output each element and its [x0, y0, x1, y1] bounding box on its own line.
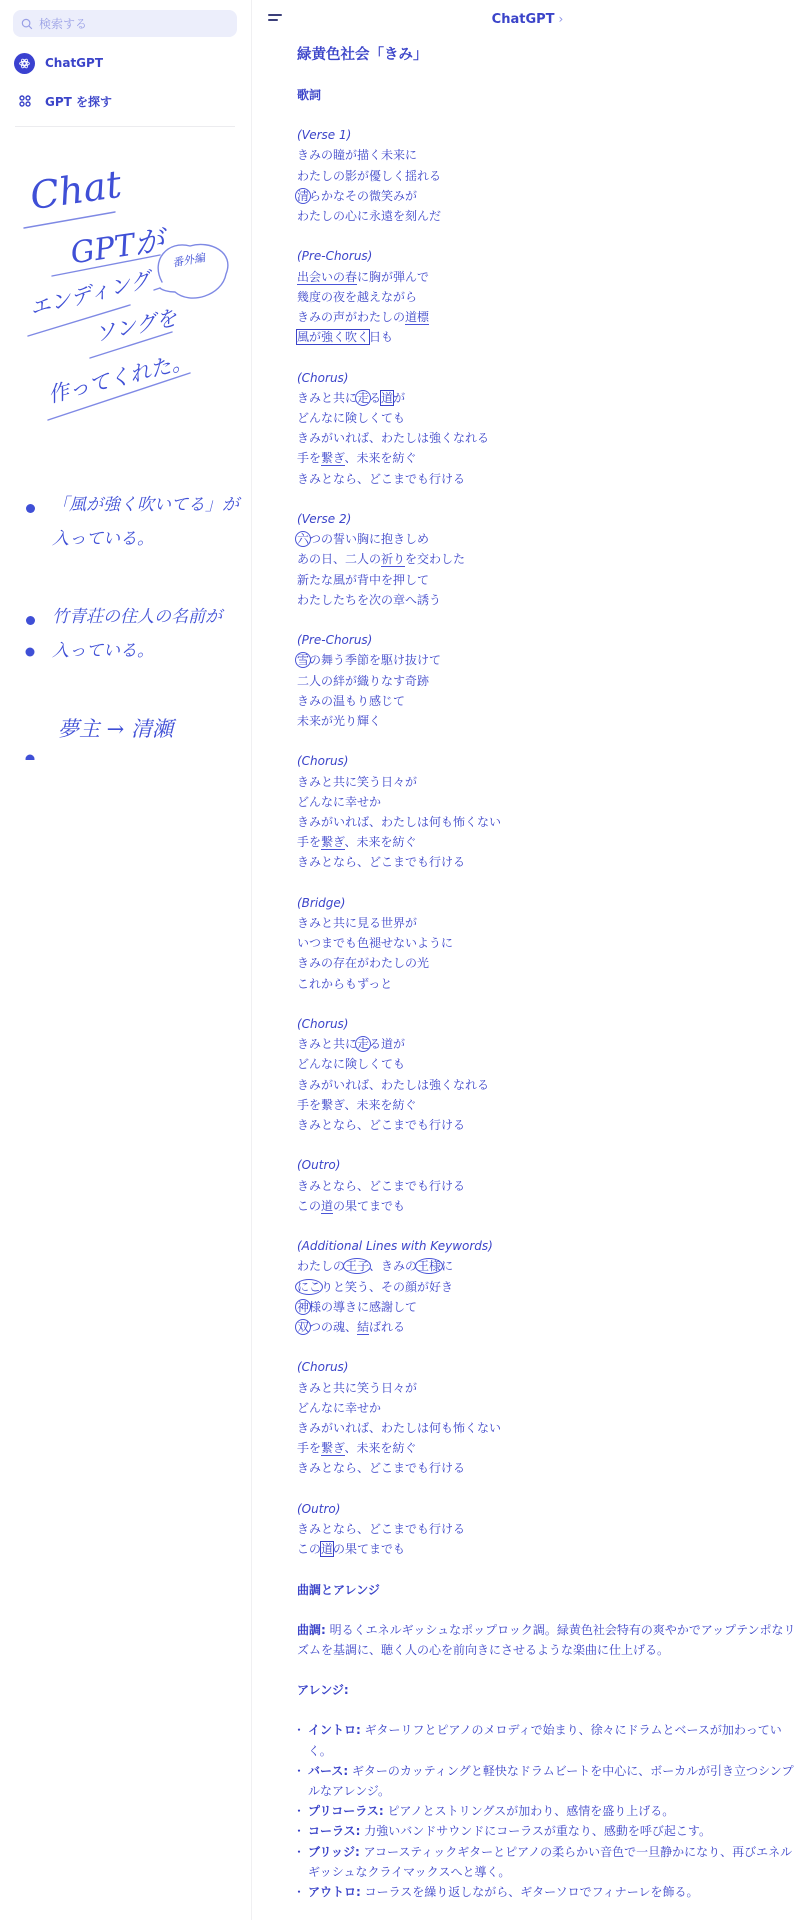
- arrangement-item: イントロ: ギターリフとピアノのメロディで始まり、徐々にドラムとベースが加わって…: [297, 1720, 797, 1760]
- lyric-line: 風が強く吹く日も: [297, 327, 797, 347]
- lyric-line: 雪の舞う季節を駆け抜けて: [297, 650, 797, 670]
- lyric-line: この道の果てまでも: [297, 1539, 797, 1559]
- sidebar-item-explore-gpts[interactable]: GPT を探す: [13, 82, 237, 120]
- handwritten-bullet-2: 竹青荘の住人の名前が入っている。: [52, 600, 237, 668]
- song-title: 緑黄色社会「きみ」: [297, 44, 797, 66]
- lyric-line: きみの瞳が描く未来に: [297, 145, 797, 165]
- handwritten-circle-mark: 双: [295, 1319, 311, 1335]
- lyrics-section-chorus-3: (Chorus) きみと共に走る道が どんなに険しくても きみがいれば、わたしは…: [297, 1014, 797, 1135]
- handwritten-circle-mark: にこ: [295, 1279, 323, 1295]
- lyric-line: きみがいれば、わたしは何も怖くない: [297, 812, 797, 832]
- lyrics-section-outro-2: (Outro) きみとなら、どこまでも行ける この道の果てまでも: [297, 1499, 797, 1560]
- section-label: (Pre-Chorus): [297, 246, 797, 266]
- tone-label: 曲調:: [297, 1623, 326, 1637]
- lyrics-heading: 歌詞: [297, 85, 797, 105]
- lyric-line: きみがいれば、わたしは何も怖くない: [297, 1418, 797, 1438]
- lyric-line: いつまでも色褪せないように: [297, 933, 797, 953]
- lyric-line: きみと共に走る道が: [297, 388, 797, 408]
- arrangement-item: ブリッジ: アコースティックギターとピアノの柔らかい音色で一旦静かになり、再びエ…: [297, 1842, 797, 1882]
- handwritten-underline-mark: 道: [321, 1199, 333, 1214]
- grid-icon: [14, 95, 35, 107]
- arrangement-item: プリコーラス: ピアノとストリングスが加わり、感情を盛り上げる。: [297, 1801, 797, 1821]
- lyric-line: わたしの影が優しく揺れる: [297, 166, 797, 186]
- lyric-line: 神様の導きに感謝して: [297, 1297, 797, 1317]
- arrangement-item: アウトロ: コーラスを繰り返しながら、ギターソロでフィナーレを飾る。: [297, 1882, 797, 1902]
- search-icon: [21, 18, 33, 30]
- sidebar-item-chatgpt[interactable]: ChatGPT: [13, 44, 237, 82]
- search-box[interactable]: [13, 10, 237, 37]
- lyric-line: どんなに幸せか: [297, 1398, 797, 1418]
- lyric-line: きみの存在がわたしの光: [297, 953, 797, 973]
- section-label: (Verse 2): [297, 509, 797, 529]
- chevron-right-icon: ›: [559, 12, 564, 26]
- lyric-line: どんなに険しくても: [297, 408, 797, 428]
- handwritten-circle-mark: 走: [355, 1036, 371, 1052]
- tone-paragraph: 曲調: 明るくエネルギッシュなポップロック調。緑黄色社会特有の爽やかでアップテン…: [297, 1620, 797, 1660]
- openai-logo-icon: [14, 53, 35, 74]
- search-input[interactable]: [39, 17, 219, 31]
- handwritten-circle-mark: 清: [295, 188, 311, 204]
- sidebar-toggle-button[interactable]: [268, 14, 282, 24]
- lyric-line: きみと共に笑う日々が: [297, 1378, 797, 1398]
- lyric-line: きみの温もり感じて: [297, 691, 797, 711]
- sidebar: ChatGPT GPT を探す: [0, 0, 252, 1920]
- section-label: (Outro): [297, 1155, 797, 1175]
- lyrics-section-additional-lines: (Additional Lines with Keywords) わたしの王子、…: [297, 1236, 797, 1337]
- handwritten-underline-mark: 繋ぎ: [321, 451, 345, 466]
- lyric-line: 手を繋ぎ、未来を紡ぐ: [297, 1095, 797, 1115]
- lyric-line: 手を繋ぎ、未来を紡ぐ: [297, 832, 797, 852]
- section-label: (Pre-Chorus): [297, 630, 797, 650]
- lyric-line: きみとなら、どこまでも行ける: [297, 852, 797, 872]
- handwritten-underline-mark: 道標: [405, 310, 429, 325]
- lyric-line: 新たな風が背中を押して: [297, 570, 797, 590]
- lyric-line: 双つの魂、結ばれる: [297, 1317, 797, 1337]
- lyric-line: きみとなら、どこまでも行ける: [297, 1519, 797, 1539]
- handwritten-bullet-3: 夢主 → 清瀬: [58, 712, 238, 746]
- handwritten-box-mark: 道: [381, 391, 393, 405]
- lyrics-section-outro-1: (Outro) きみとなら、どこまでも行ける この道の果てまでも: [297, 1155, 797, 1216]
- lyric-line: どんなに幸せか: [297, 792, 797, 812]
- lyric-line: 手を繋ぎ、未来を紡ぐ: [297, 1438, 797, 1458]
- handwritten-circle-mark: 六: [295, 531, 311, 547]
- section-label: (Outro): [297, 1499, 797, 1519]
- lyric-line: あの日、二人の祈りを交わした: [297, 549, 797, 569]
- handwritten-bullet-1: 「風が強く吹いてる」が入っている。: [52, 488, 242, 556]
- lyrics-section-chorus-4: (Chorus) きみと共に笑う日々が どんなに幸せか きみがいれば、わたしは何…: [297, 1357, 797, 1478]
- lyric-line: わたしの心に永遠を刻んだ: [297, 206, 797, 226]
- handwritten-circle-mark: 王様: [415, 1258, 443, 1274]
- sidebar-divider: [15, 126, 235, 127]
- top-bar: ChatGPT ›: [252, 0, 803, 38]
- lyric-line: きみとなら、どこまでも行ける: [297, 1458, 797, 1478]
- sidebar-item-label: ChatGPT: [45, 56, 103, 70]
- handwritten-note: Chat GPTが エンディング ソングを 作ってくれた。 番外編 「風が強く吹…: [0, 140, 252, 764]
- arrangement-item: バース: ギターのカッティングと軽快なドラムビートを中心に、ボーカルが引き立つシ…: [297, 1761, 797, 1801]
- lyric-line: 手を繋ぎ、未来を紡ぐ: [297, 448, 797, 468]
- lyric-line: 幾度の夜を越えながら: [297, 287, 797, 307]
- lyric-line: きみの声がわたしの道標: [297, 307, 797, 327]
- chat-main: ChatGPT › 緑黄色社会「きみ」 歌詞 (Verse 1) きみの瞳が描く…: [252, 0, 803, 1920]
- lyric-line: わたしたちを次の章へ誘う: [297, 590, 797, 610]
- arrangement-heading: 曲調とアレンジ: [297, 1580, 797, 1600]
- handwritten-underline-mark: 出会いの春: [297, 270, 357, 285]
- section-label: (Bridge): [297, 893, 797, 913]
- lyric-line: きみとなら、どこまでも行ける: [297, 1115, 797, 1135]
- handwritten-box-mark: 風が強く吹く: [297, 330, 369, 344]
- lyrics-section-chorus-2: (Chorus) きみと共に笑う日々が どんなに幸せか きみがいれば、わたしは何…: [297, 751, 797, 872]
- handwritten-circle-mark: 神: [295, 1299, 311, 1315]
- lyric-line: にこりと笑う、その顔が好き: [297, 1277, 797, 1297]
- model-name: ChatGPT: [492, 12, 555, 27]
- handwritten-circle-mark: 雪: [295, 652, 311, 668]
- arrangement-list: イントロ: ギターリフとピアノのメロディで始まり、徐々にドラムとベースが加わって…: [297, 1720, 797, 1902]
- section-label: (Additional Lines with Keywords): [297, 1236, 797, 1256]
- handwritten-underline-mark: 祈り: [381, 552, 405, 567]
- lyrics-section-pre-chorus-1: (Pre-Chorus) 出会いの春に胸が弾んで 幾度の夜を越えながら きみの声…: [297, 246, 797, 347]
- app-root: ChatGPT GPT を探す: [0, 0, 803, 1920]
- handwritten-underline-mark: 繋ぎ: [321, 1441, 345, 1456]
- lyric-line: わたしの王子、きみの王様に: [297, 1256, 797, 1276]
- section-label: (Chorus): [297, 1357, 797, 1377]
- section-label: (Chorus): [297, 368, 797, 388]
- lyrics-section-verse-2: (Verse 2) 六つの誓い胸に抱きしめ あの日、二人の祈りを交わした 新たな…: [297, 509, 797, 610]
- model-selector[interactable]: ChatGPT ›: [492, 12, 564, 27]
- lyric-line: これからもずっと: [297, 974, 797, 994]
- lyric-line: どんなに険しくても: [297, 1054, 797, 1074]
- lyrics-section-bridge: (Bridge) きみと共に見る世界が いつまでも色褪せないように きみの存在が…: [297, 893, 797, 994]
- lyric-line: 二人の絆が織りなす奇跡: [297, 671, 797, 691]
- lyric-line: きみがいれば、わたしは強くなれる: [297, 428, 797, 448]
- handwritten-underline-mark: 結: [357, 1320, 369, 1335]
- lyric-line: 六つの誓い胸に抱きしめ: [297, 529, 797, 549]
- arrange-label: アレンジ:: [297, 1680, 797, 1700]
- section-label: (Chorus): [297, 751, 797, 771]
- assistant-message: 緑黄色社会「きみ」 歌詞 (Verse 1) きみの瞳が描く未来に わたしの影が…: [252, 38, 797, 1902]
- lyrics-section-verse-1: (Verse 1) きみの瞳が描く未来に わたしの影が優しく揺れる 清らかなその…: [297, 125, 797, 226]
- lyrics-section-pre-chorus-2: (Pre-Chorus) 雪の舞う季節を駆け抜けて 二人の絆が織りなす奇跡 きみ…: [297, 630, 797, 731]
- menu-icon-bar: [268, 19, 278, 21]
- lyric-line: この道の果てまでも: [297, 1196, 797, 1216]
- arrangement-item: コーラス: 力強いバンドサウンドにコーラスが重なり、感動を呼び起こす。: [297, 1821, 797, 1841]
- menu-icon-bar: [268, 14, 282, 16]
- sidebar-item-label: GPT を探す: [45, 93, 112, 110]
- bullet-dot: [26, 504, 35, 513]
- section-label: (Verse 1): [297, 125, 797, 145]
- bullet-dot: [26, 616, 35, 625]
- lyric-line: 未来が光り輝く: [297, 711, 797, 731]
- lyric-line: きみと共に見る世界が: [297, 913, 797, 933]
- lyric-line: きみがいれば、わたしは強くなれる: [297, 1075, 797, 1095]
- lyric-line: きみと共に走る道が: [297, 1034, 797, 1054]
- lyric-line: きみとなら、どこまでも行ける: [297, 469, 797, 489]
- lyrics-section-chorus-1: (Chorus) きみと共に走る道が どんなに険しくても きみがいれば、わたしは…: [297, 368, 797, 489]
- section-label: (Chorus): [297, 1014, 797, 1034]
- tone-text: 明るくエネルギッシュなポップロック調。緑黄色社会特有の爽やかでアップテンポなリズ…: [297, 1623, 795, 1657]
- lyric-line: きみとなら、どこまでも行ける: [297, 1176, 797, 1196]
- handwritten-underline-mark: 繋ぎ: [321, 835, 345, 850]
- handwritten-box-mark: 道: [321, 1542, 333, 1556]
- lyric-line: きみと共に笑う日々が: [297, 772, 797, 792]
- lyric-line: 清らかなその微笑みが: [297, 186, 797, 206]
- handwritten-circle-mark: 走: [355, 390, 371, 406]
- handwritten-circle-mark: 王子: [343, 1258, 371, 1274]
- lyric-line: 出会いの春に胸が弾んで: [297, 267, 797, 287]
